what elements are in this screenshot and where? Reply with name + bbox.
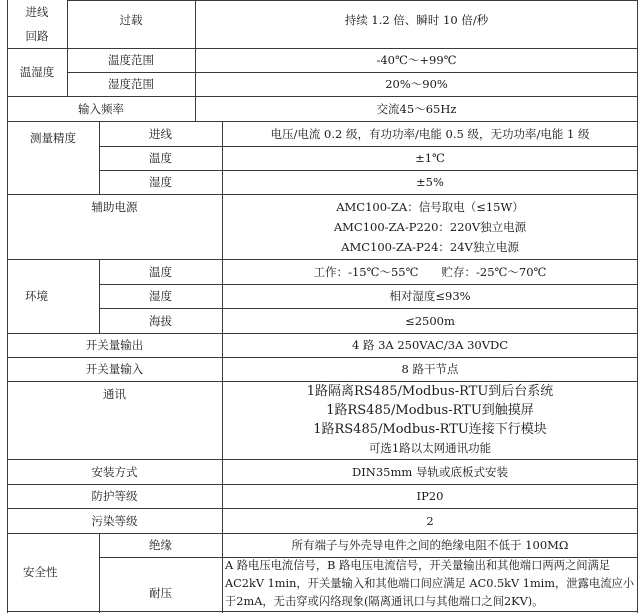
value-input-frequency: 交流45～65Hz xyxy=(195,96,638,121)
value-switch-input: 8 路干节点 xyxy=(222,357,638,381)
value-communication: 1路隔离RS485/Modbus-RTU到后台系统 1路RS485/Modbus… xyxy=(222,381,638,459)
value-overload: 持续 1.2 倍、瞬时 10 倍/秒 xyxy=(195,0,638,40)
rule xyxy=(7,533,638,534)
rule xyxy=(67,0,638,1)
item-insulation: 绝缘 xyxy=(99,533,222,557)
item-env-altitude: 海拔 xyxy=(99,308,222,333)
rule xyxy=(7,259,638,260)
rule xyxy=(67,72,638,73)
value-env-altitude: ≤2500m xyxy=(222,308,638,333)
value-switch-output: 4 路 3A 250VAC/3A 30VDC xyxy=(222,333,638,357)
value-insulation: 所有端子与外壳导电件之间的绝缘电阻不低于 100MΩ xyxy=(222,533,638,557)
value-accuracy-incoming: 电压/电流 0.2 级，有功功率/电能 0.5 级，无功功率/电能 1 级 xyxy=(222,121,638,146)
item-accuracy-humidity: 湿度 xyxy=(99,170,222,194)
rule xyxy=(195,0,196,121)
group-incoming-circuit: 进线 回路 xyxy=(7,0,67,48)
value-aux-power: AMC100-ZA：信号取电（≤15W） AMC100-ZA-P220：220V… xyxy=(222,194,638,259)
rule xyxy=(7,194,638,195)
item-switch-input: 开关量输入 xyxy=(7,357,222,381)
rule xyxy=(99,259,100,333)
rule xyxy=(7,381,638,382)
border-left xyxy=(7,0,8,613)
item-communication: 通讯 xyxy=(7,381,222,459)
item-pollution-level: 污染等级 xyxy=(7,508,222,533)
rule xyxy=(7,459,638,460)
item-accuracy-temp: 温度 xyxy=(99,146,222,170)
value-installation: DIN35mm 导轨或底板式安装 xyxy=(222,459,638,484)
item-overload: 过载 xyxy=(67,0,195,40)
rule xyxy=(99,533,100,613)
item-input-frequency: 输入频率 xyxy=(7,96,195,121)
value-accuracy-humidity: ±5% xyxy=(222,170,638,194)
rule xyxy=(99,170,638,171)
value-protection-level: IP20 xyxy=(222,484,638,508)
value-env-temp: 工作：-15℃～55℃ 贮存：-25℃～70℃ xyxy=(222,259,638,284)
value-accuracy-temp: ±1℃ xyxy=(222,146,638,170)
rule xyxy=(7,611,638,612)
value-env-humidity: 相对湿度≤93% xyxy=(222,284,638,308)
rule xyxy=(7,48,638,49)
rule xyxy=(99,284,638,285)
rule xyxy=(99,557,638,558)
rule xyxy=(7,484,638,485)
group-temp-humidity: 温湿度 xyxy=(7,48,67,96)
item-accuracy-incoming: 进线 xyxy=(99,121,222,146)
group-safety: 安全性 xyxy=(7,533,99,611)
value-withstand-voltage: A 路电压电流信号，B 路电压电流信号，开关量输出和其他端口两两之间满足AC2k… xyxy=(222,557,638,611)
rule xyxy=(7,357,638,358)
item-withstand-voltage: 耐压 xyxy=(99,557,222,611)
item-env-humidity: 湿度 xyxy=(99,284,222,308)
rule xyxy=(99,121,100,194)
item-switch-output: 开关量输出 xyxy=(7,333,222,357)
value-pollution-level: 2 xyxy=(222,508,638,533)
rule xyxy=(99,308,638,309)
value-humidity-range: 20%～90% xyxy=(195,72,638,96)
group-measurement-accuracy: 测量精度 xyxy=(7,121,99,194)
item-installation: 安装方式 xyxy=(7,459,222,484)
group-environment: 环境 xyxy=(7,259,99,333)
item-temp-range: 温度范围 xyxy=(67,48,195,72)
rule xyxy=(7,121,638,122)
item-aux-power: 辅助电源 xyxy=(7,194,222,259)
border-right xyxy=(637,0,638,613)
item-env-temp: 温度 xyxy=(99,259,222,284)
item-humidity-range: 湿度范围 xyxy=(67,72,195,96)
value-temp-range: -40℃～+99℃ xyxy=(195,48,638,72)
item-protection-level: 防护等级 xyxy=(7,484,222,508)
rule xyxy=(7,333,638,334)
rule xyxy=(7,508,638,509)
rule xyxy=(7,96,638,97)
rule xyxy=(99,146,638,147)
